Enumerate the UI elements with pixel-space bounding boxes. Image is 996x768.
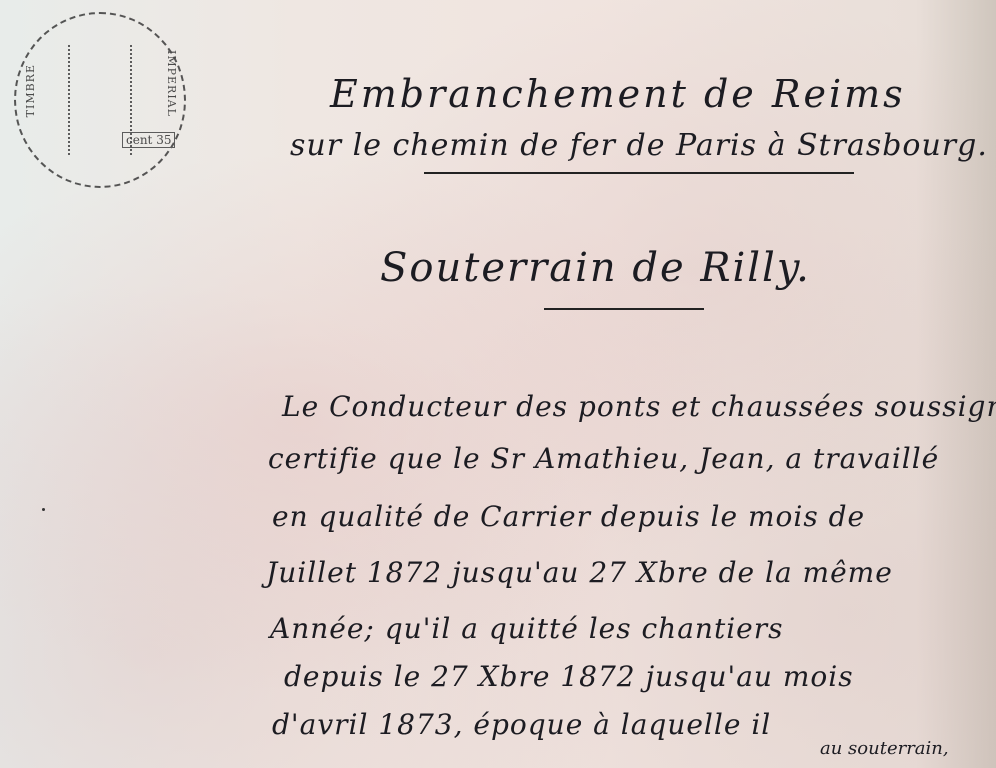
header-line-2: sur le chemin de fer de Paris à Strasbou… xyxy=(290,128,988,163)
imperial-stamp: TIMBRE IMPERIAL cent 35 xyxy=(14,12,186,188)
header-line-1: Embranchement de Reims xyxy=(330,72,906,116)
body-line: Le Conducteur des ponts et chaussées sou… xyxy=(282,390,996,423)
subtitle-underline xyxy=(544,308,704,310)
stamp-label-right: IMPERIAL xyxy=(165,50,178,117)
document-subtitle: Souterrain de Rilly. xyxy=(380,245,811,291)
header-underline xyxy=(424,172,854,174)
ink-speck xyxy=(42,508,45,511)
body-line: depuis le 27 Xbre 1872 jusqu'au mois xyxy=(284,660,854,693)
margin-note: au souterrain, xyxy=(820,738,949,759)
body-line: certifie que le Sr Amathieu, Jean, a tra… xyxy=(268,442,939,475)
body-line: en qualité de Carrier depuis le mois de xyxy=(272,500,865,533)
body-line: Année; qu'il a quitté les chantiers xyxy=(270,612,783,645)
body-line: d'avril 1873, époque à laquelle il xyxy=(272,708,771,741)
stamp-value: cent 35 xyxy=(122,132,175,148)
body-line: Juillet 1872 jusqu'au 27 Xbre de la même xyxy=(266,556,893,589)
stamp-label-left: TIMBRE xyxy=(24,64,37,117)
